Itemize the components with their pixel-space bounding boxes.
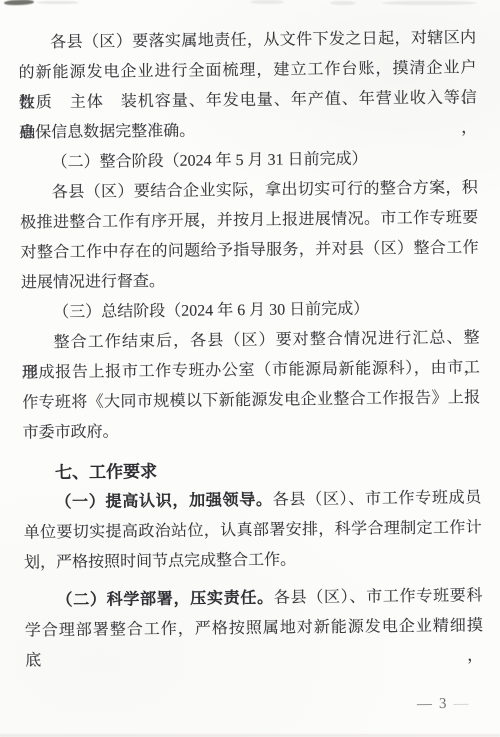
- scan-artifact: [330, 1, 356, 5]
- paragraph-text: 各县（区）、市工作专班要科: [274, 587, 483, 606]
- scan-artifact: [37, 1, 79, 4]
- body-text-line: 作专班将《大同市规模以下新能源发电企业整合工作报告》上报: [22, 383, 480, 418]
- body-text-line: 划，严格按照时间节点完成整合工作。: [24, 543, 482, 578]
- scan-smudge-icon: [4, 0, 34, 6]
- document-body: 各县（区）要落实属地责任，从文件下发之日起，对辖区内 的新能源发电企业进行全面梳…: [18, 23, 483, 646]
- body-text-line: 性质 主体 装机容量、年发电量、年产值、年营业收入等信息，: [19, 83, 477, 118]
- paragraph-lead: （一）提高认识，加强领导。: [55, 492, 273, 511]
- body-text-line: 单位要切实提高政治站位，认真部署安排，科学合理制定工作计: [24, 513, 482, 548]
- scan-artifact: [382, 1, 477, 5]
- scan-artifact: [250, 0, 284, 4]
- body-text-line: 学合理部署整合工作，严格按照属地对新能源发电企业精细摸底，: [25, 611, 483, 646]
- body-text-line: 市委市政府。: [22, 413, 480, 448]
- page-number-dash: —: [416, 696, 431, 712]
- document-page: 各县（区）要落实属地责任，从文件下发之日起，对辖区内 的新能源发电企业进行全面梳…: [0, 0, 500, 737]
- page-number: —3—: [416, 696, 468, 714]
- page-number-value: 3: [438, 696, 446, 712]
- body-text-line: 对整合工作中存在的问题给予指导服务，并对县（区）整合工作: [20, 233, 478, 268]
- paragraph-lead: （二）科学部署，压实责任。: [56, 590, 274, 609]
- page-number-dash: —: [453, 696, 468, 712]
- paragraph-text: 各县（区）、市工作专班成员: [273, 489, 482, 508]
